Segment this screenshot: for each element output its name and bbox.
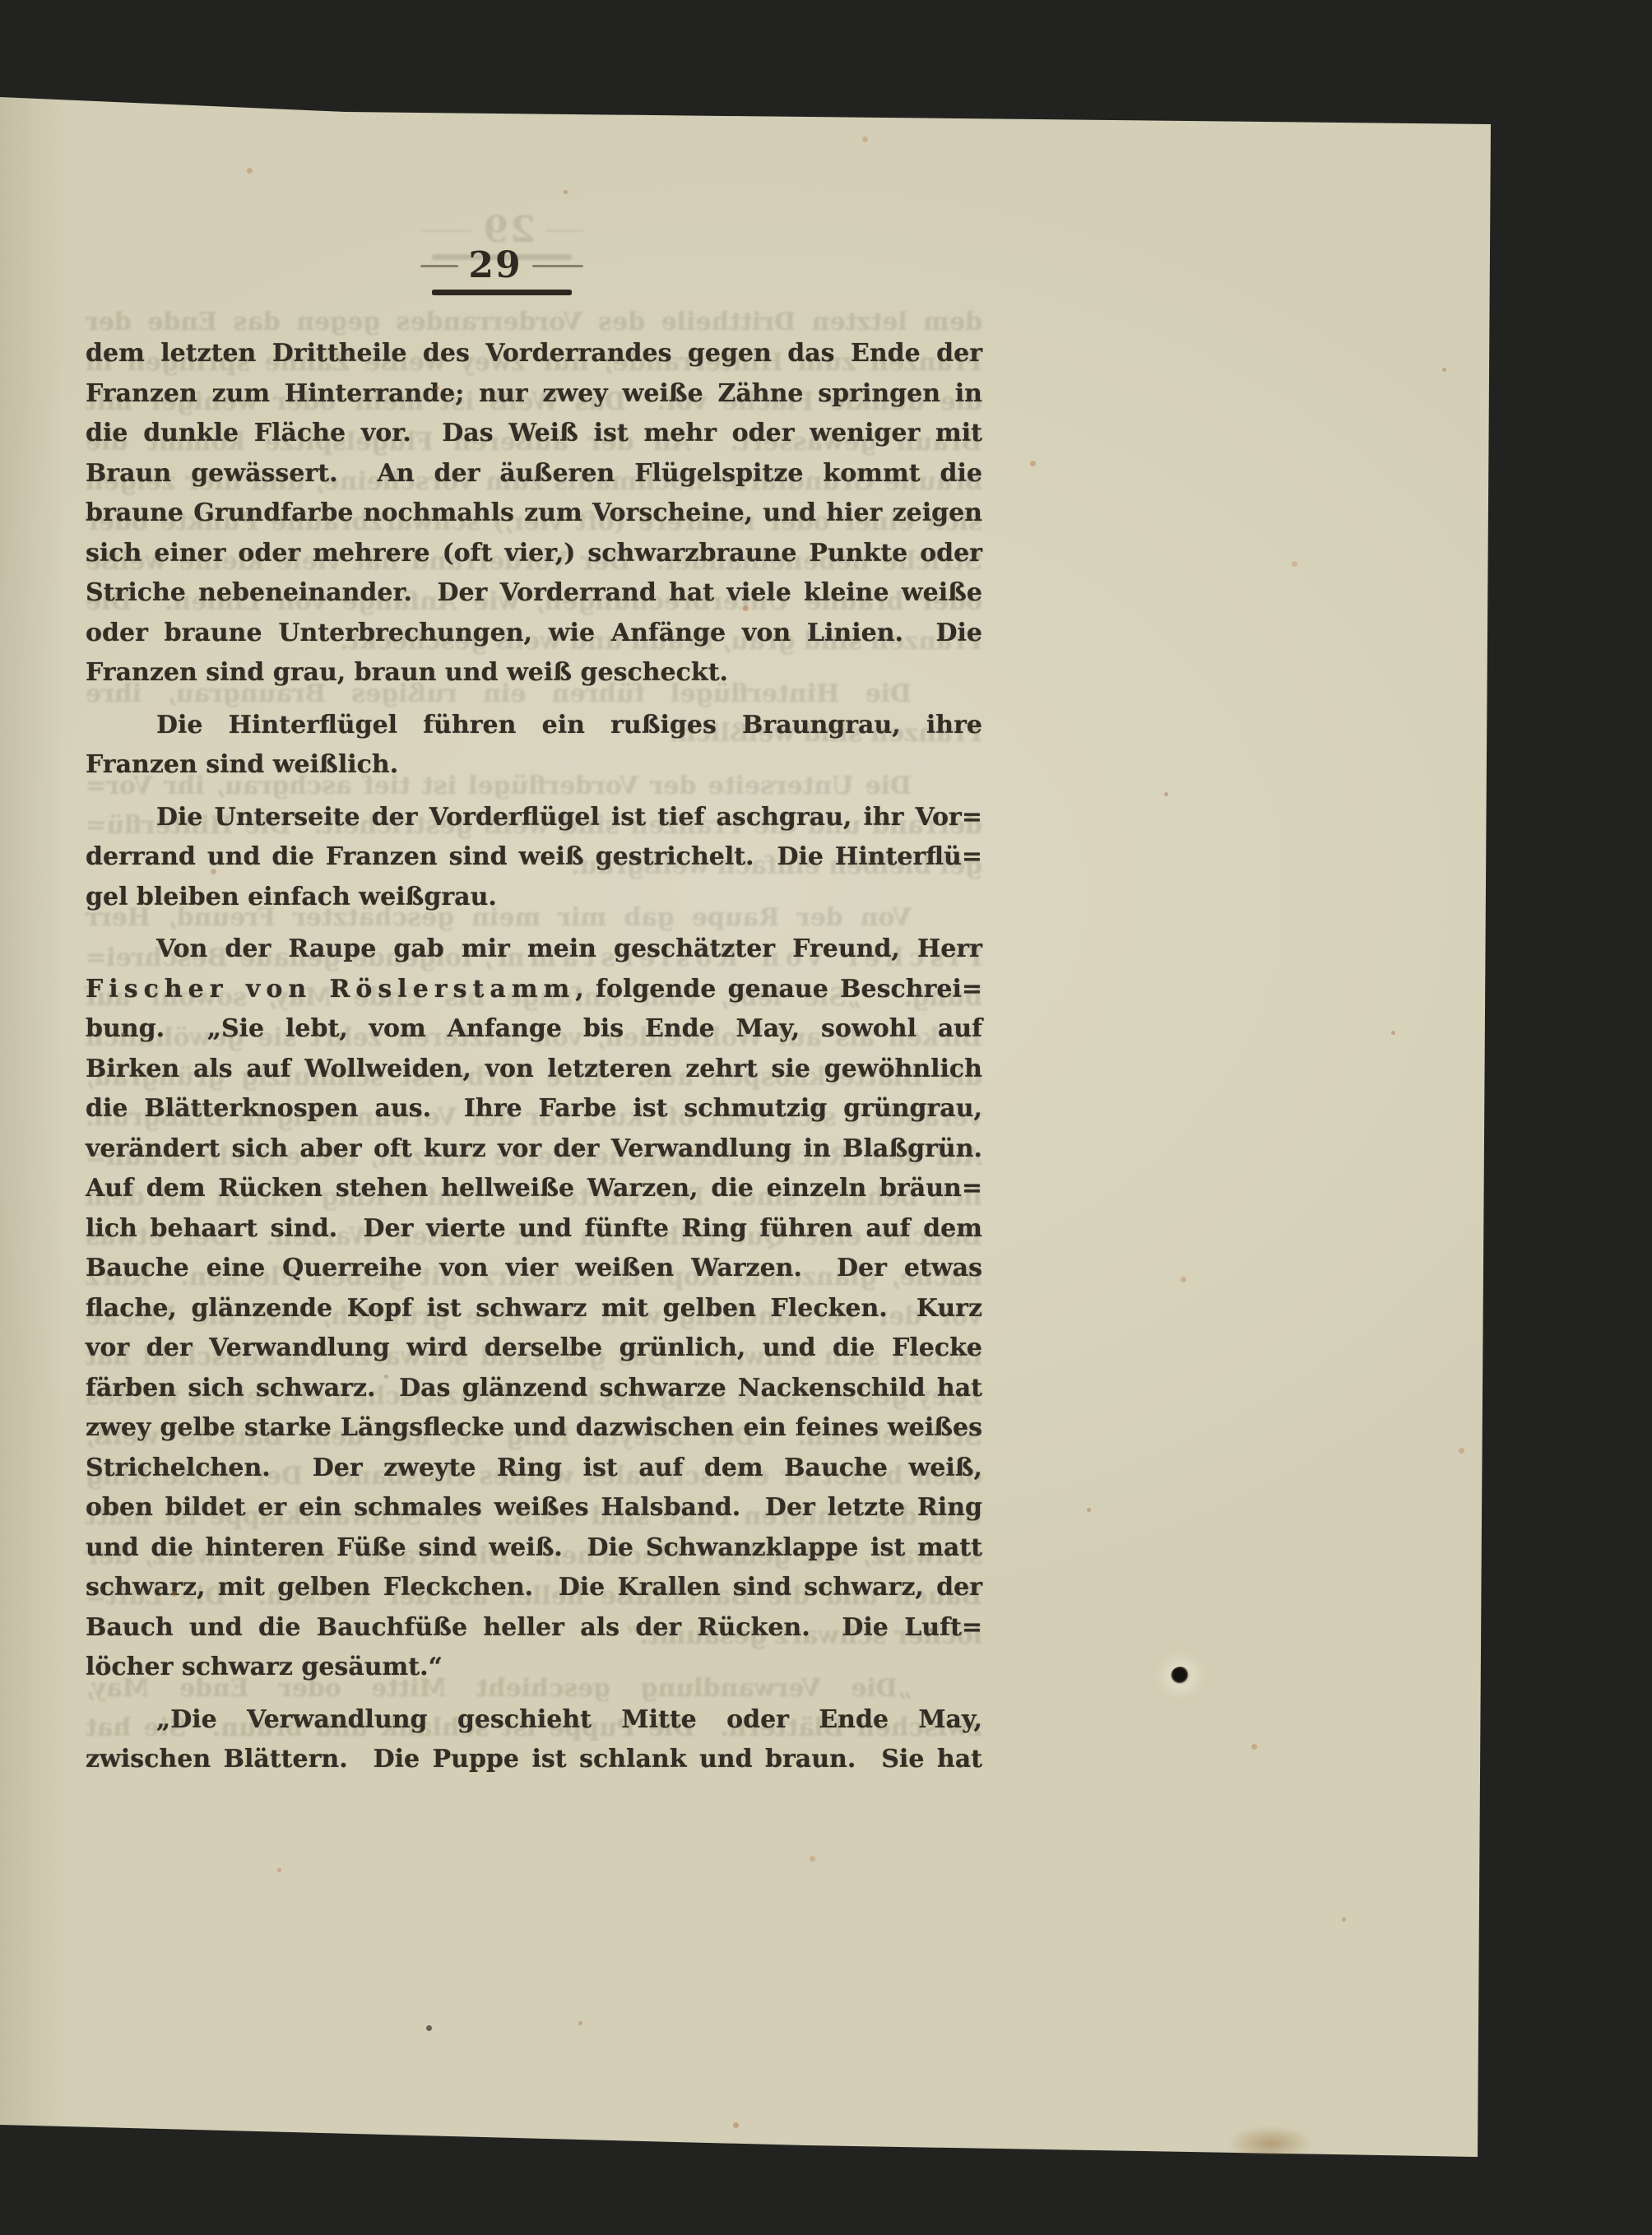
text-line: Braun gewässert. An der äußeren Flügelsp… [86, 454, 982, 494]
text-line: „Die Verwandlung geschieht Mitte oder En… [86, 1700, 982, 1741]
header-rule-left [420, 265, 458, 267]
text-line: färben sich schwarz. Das glänzend schwar… [86, 1369, 982, 1409]
text-line: lich behaart sind. Der vierte und fünfte… [86, 1209, 982, 1250]
text-line: Von der Raupe gab mir mein geschätzter F… [86, 930, 982, 970]
text-line: Fischer von Röslerstamm, folgende genaue… [86, 970, 982, 1010]
text-line: derrand und die Franzen sind weiß gestri… [86, 837, 982, 878]
text-line: Bauch und die Bauchfüße heller als der R… [86, 1608, 982, 1648]
text-line: Franzen zum Hinterrande; nur zwey weiße … [86, 374, 982, 415]
text-line: Striche nebeneinander. Der Vorderrand ha… [86, 573, 982, 614]
text-line: gel bleiben einfach weißgrau. [86, 878, 982, 918]
wormhole-spot [1171, 1667, 1190, 1685]
text-line: braune Grundfarbe nochmahls zum Vorschei… [86, 494, 982, 534]
text-line: sich einer oder mehrere (oft vier,) schw… [86, 534, 982, 574]
paragraph: dem letzten Drittheile des Vorderrandes … [86, 334, 982, 693]
text-line: Franzen sind grau, braun und weiß gesche… [86, 653, 982, 693]
text-block: dem letzten Drittheile des Vorderrandes … [86, 334, 982, 1780]
text-line: flache, glänzende Kopf ist schwarz mit g… [86, 1289, 982, 1329]
page-number: 29 [468, 246, 522, 285]
paper-specks [0, 0, 2, 2]
paragraph: „Die Verwandlung geschieht Mitte oder En… [86, 1700, 982, 1780]
text-line: zwischen Blättern. Die Puppe ist schlank… [86, 1740, 982, 1780]
text-line: bung. „Sie lebt, vom Anfange bis Ende Ma… [86, 1009, 982, 1050]
letterspaced-name: Fischer von Röslerstamm [86, 975, 575, 1004]
text-line: vor der Verwandlung wird derselbe grünli… [86, 1328, 982, 1369]
edge-stain [1227, 2126, 1313, 2155]
text-line: die dunkle Fläche vor. Das Weiß ist mehr… [86, 414, 982, 454]
text-segment: , folgende genaue Beschrei= [575, 975, 982, 1004]
header-rule-thick [432, 290, 572, 295]
text-line: die Blätterknospen aus. Ihre Farbe ist s… [86, 1089, 982, 1129]
text-line: schwarz, mit gelben Fleckchen. Die Krall… [86, 1568, 982, 1608]
text-line: Auf dem Rücken stehen hellweiße Warzen, … [86, 1169, 982, 1209]
text-line: verändert sich aber oft kurz vor der Ver… [86, 1129, 982, 1170]
text-line: Die Unterseite der Vorderflügel ist tief… [86, 798, 982, 838]
text-line: oben bildet er ein schmales weißes Halsb… [86, 1488, 982, 1528]
text-line: Bauche eine Querreihe von vier weißen Wa… [86, 1249, 982, 1289]
page-header: 29 [421, 246, 582, 295]
text-line: Die Hinterflügel führen ein rußiges Brau… [86, 706, 982, 746]
text-line: löcher schwarz gesäumt.“ [86, 1648, 982, 1688]
text-line: Birken als auf Wollweiden, von letzteren… [86, 1050, 982, 1090]
paragraph: Die Unterseite der Vorderflügel ist tief… [86, 798, 982, 918]
paragraph: Die Hinterflügel führen ein rußiges Brau… [86, 706, 982, 786]
text-line: dem letzten Drittheile des Vorderrandes … [86, 334, 982, 374]
header-rule-right [532, 265, 583, 267]
paragraph: Von der Raupe gab mir mein geschätzter F… [86, 930, 982, 1688]
page-number-row: 29 [421, 246, 582, 285]
text-line: zwey gelbe starke Längsflecke und dazwis… [86, 1408, 982, 1449]
text-line: und die hinteren Füße sind weiß. Die Sch… [86, 1528, 982, 1569]
text-line: Franzen sind weißlich. [86, 745, 982, 786]
text-line: Strichelchen. Der zweyte Ring ist auf de… [86, 1449, 982, 1489]
text-line: oder braune Unterbrechungen, wie Anfänge… [86, 614, 982, 654]
